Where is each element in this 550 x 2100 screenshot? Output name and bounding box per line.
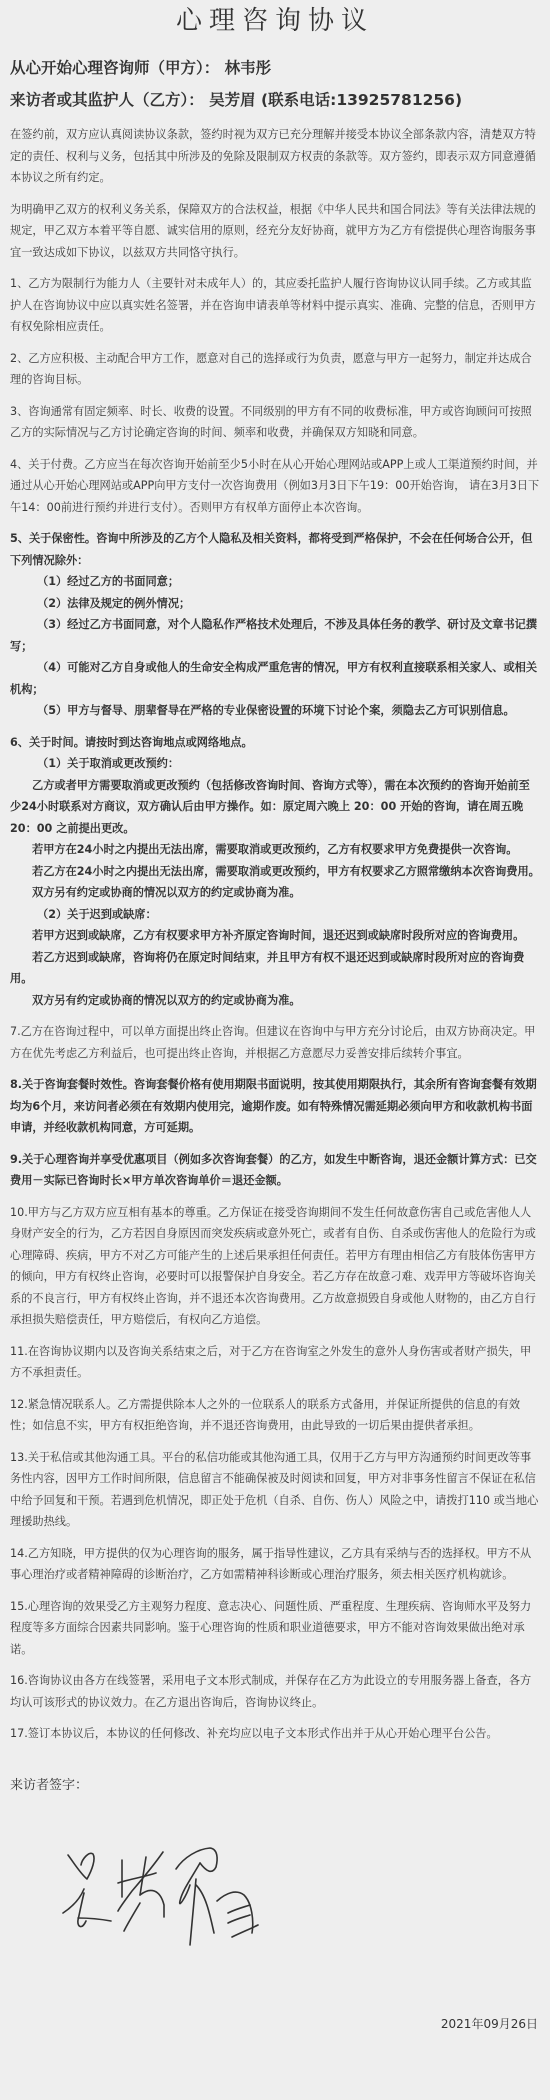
clause-6-sub1-p2: 若甲方在24小时之内提出无法出席，需要取消或更改预约，乙方有权要求甲方免费提供一… (10, 839, 540, 861)
clause-15: 15.心理咨询的效果受乙方主观努力程度、意志决心、问题性质、严重程度、生理疾病、… (10, 1596, 540, 1661)
clause-6-sub2-p3: 双方另有约定或协商的情况以双方的约定或协商为准。 (10, 990, 540, 1012)
signature-label: 来访者签字： (10, 1774, 88, 1793)
clause-6-sub2-p2: 若乙方迟到或缺席，咨询将仍在原定时间结束，并且甲方有权不退还迟到或缺席时段所对应… (10, 947, 540, 990)
clause-5-item-5: （5）甲方与督导、朋辈督导在严格的专业保密设置的环境下讨论个案，须隐去乙方可识别… (10, 700, 540, 722)
clause-4: 4、关于付费。乙方应当在每次咨询开始前至少5小时在从心开始心理网站或APP上或人… (10, 454, 540, 519)
clause-13: 13.关于私信或其他沟通工具。平台的私信功能或其他沟通工具，仅用于乙方与甲方沟通… (10, 1447, 540, 1533)
intro-paragraph-2: 为明确甲乙双方的权利义务关系，保障双方的合法权益，根据《中华人民共和国合同法》等… (10, 199, 540, 264)
clause-6-sub1-p4: 双方另有约定或协商的情况以双方的约定或协商为准。 (10, 882, 540, 904)
signing-date: 2021年09月26日 (441, 2015, 538, 2032)
clause-6-sub1-title: （1）关于取消或更改预约： (10, 753, 540, 775)
clause-5-lead: 5、关于保密性。咨询中所涉及的乙方个人隐私及相关资料，都将受到严格保护，不会在任… (10, 528, 540, 571)
party-b-line: 来访者或其监护人（乙方）： 吴芳眉 (联系电话:13925781256) (10, 90, 540, 110)
clause-6-sub1-p1: 乙方或者甲方需要取消或更改预约（包括修改咨询时间、咨询方式等），需在本次预约的咨… (10, 775, 540, 840)
clause-1: 1、乙方为限制行为能力人（主要针对未成年人）的，其应委托监护人履行咨询协议认同手… (10, 273, 540, 338)
intro-paragraph-1: 在签约前，双方应认真阅读协议条款，签约时视为双方已充分理解并接受本协议全部条款内… (10, 124, 540, 189)
clause-6-sub1-p3: 若乙方在24小时之内提出无法出席，需要取消或更改预约，甲方有权要求乙方照常缴纳本… (10, 861, 540, 883)
document-title: 心理咨询协议 (10, 0, 540, 46)
agreement-document: 心理咨询协议 从心开始心理咨询师（甲方）： 林韦彤 来访者或其监护人（乙方）： … (0, 0, 550, 2100)
clause-5-item-4: （4）可能对乙方自身或他人的生命安全构成严重危害的情况，甲方有权利直接联系相关家… (10, 657, 540, 700)
party-a-line: 从心开始心理咨询师（甲方）： 林韦彤 (10, 58, 540, 78)
clause-8: 8.关于咨询套餐时效性。咨询套餐价格有使用期限书面说明，按其使用期限执行，其余所… (10, 1074, 540, 1139)
clause-6-lead: 6、关于时间。请按时到达咨询地点或网络地点。 (10, 732, 540, 754)
clause-9: 9.关于心理咨询并享受优惠项目（例如多次咨询套餐）的乙方，如发生中断咨询，退还金… (10, 1149, 540, 1192)
clause-5-item-1: （1）经过乙方的书面同意； (10, 571, 540, 593)
clause-16: 16.咨询协议由各方在线签署，采用电子文本形式制成，并保存在乙方为此设立的专用服… (10, 1670, 540, 1713)
clause-2: 2、乙方应积极、主动配合甲方工作，愿意对自己的选择或行为负责，愿意与甲方一起努力… (10, 348, 540, 391)
clause-5-item-2: （2）法律及规定的例外情况； (10, 593, 540, 615)
clause-7: 7.乙方在咨询过程中，可以单方面提出终止咨询。但建议在咨询中与甲方充分讨论后，由… (10, 1021, 540, 1064)
clause-3: 3、咨询通常有固定频率、时长、收费的设置。不同级别的甲方有不同的收费标准，甲方或… (10, 401, 540, 444)
clause-12: 12.紧急情况联系人。乙方需提供除本人之外的一位联系人的联系方式备用，并保证所提… (10, 1394, 540, 1437)
clause-6-sub2-p1: 若甲方迟到或缺席，乙方有权要求甲方补齐原定咨询时间，退还迟到或缺席时段所对应的咨… (10, 925, 540, 947)
clause-11: 11.在咨询协议期内以及咨询关系结束之后，对于乙方在咨询室之外发生的意外人身伤害… (10, 1341, 540, 1384)
clause-10: 10.甲方与乙方双方应互相有基本的尊重。乙方保证在接受咨询期间不发生任何故意伤害… (10, 1202, 540, 1331)
clause-17: 17.签订本协议后，本协议的任何修改、补充均应以电子文本形式作出并于从心开始心理… (10, 1723, 540, 1745)
clause-5-item-3: （3）经过乙方书面同意，对个人隐私作严格技术处理后，不涉及具体任务的教学、研讨及… (10, 614, 540, 657)
clause-6-sub2-title: （2）关于迟到或缺席： (10, 904, 540, 926)
clause-14: 14.乙方知晓，甲方提供的仅为心理咨询的服务，属于指导性建议，乙方具有采纳与否的… (10, 1543, 540, 1586)
handwritten-signature (60, 1845, 280, 1970)
